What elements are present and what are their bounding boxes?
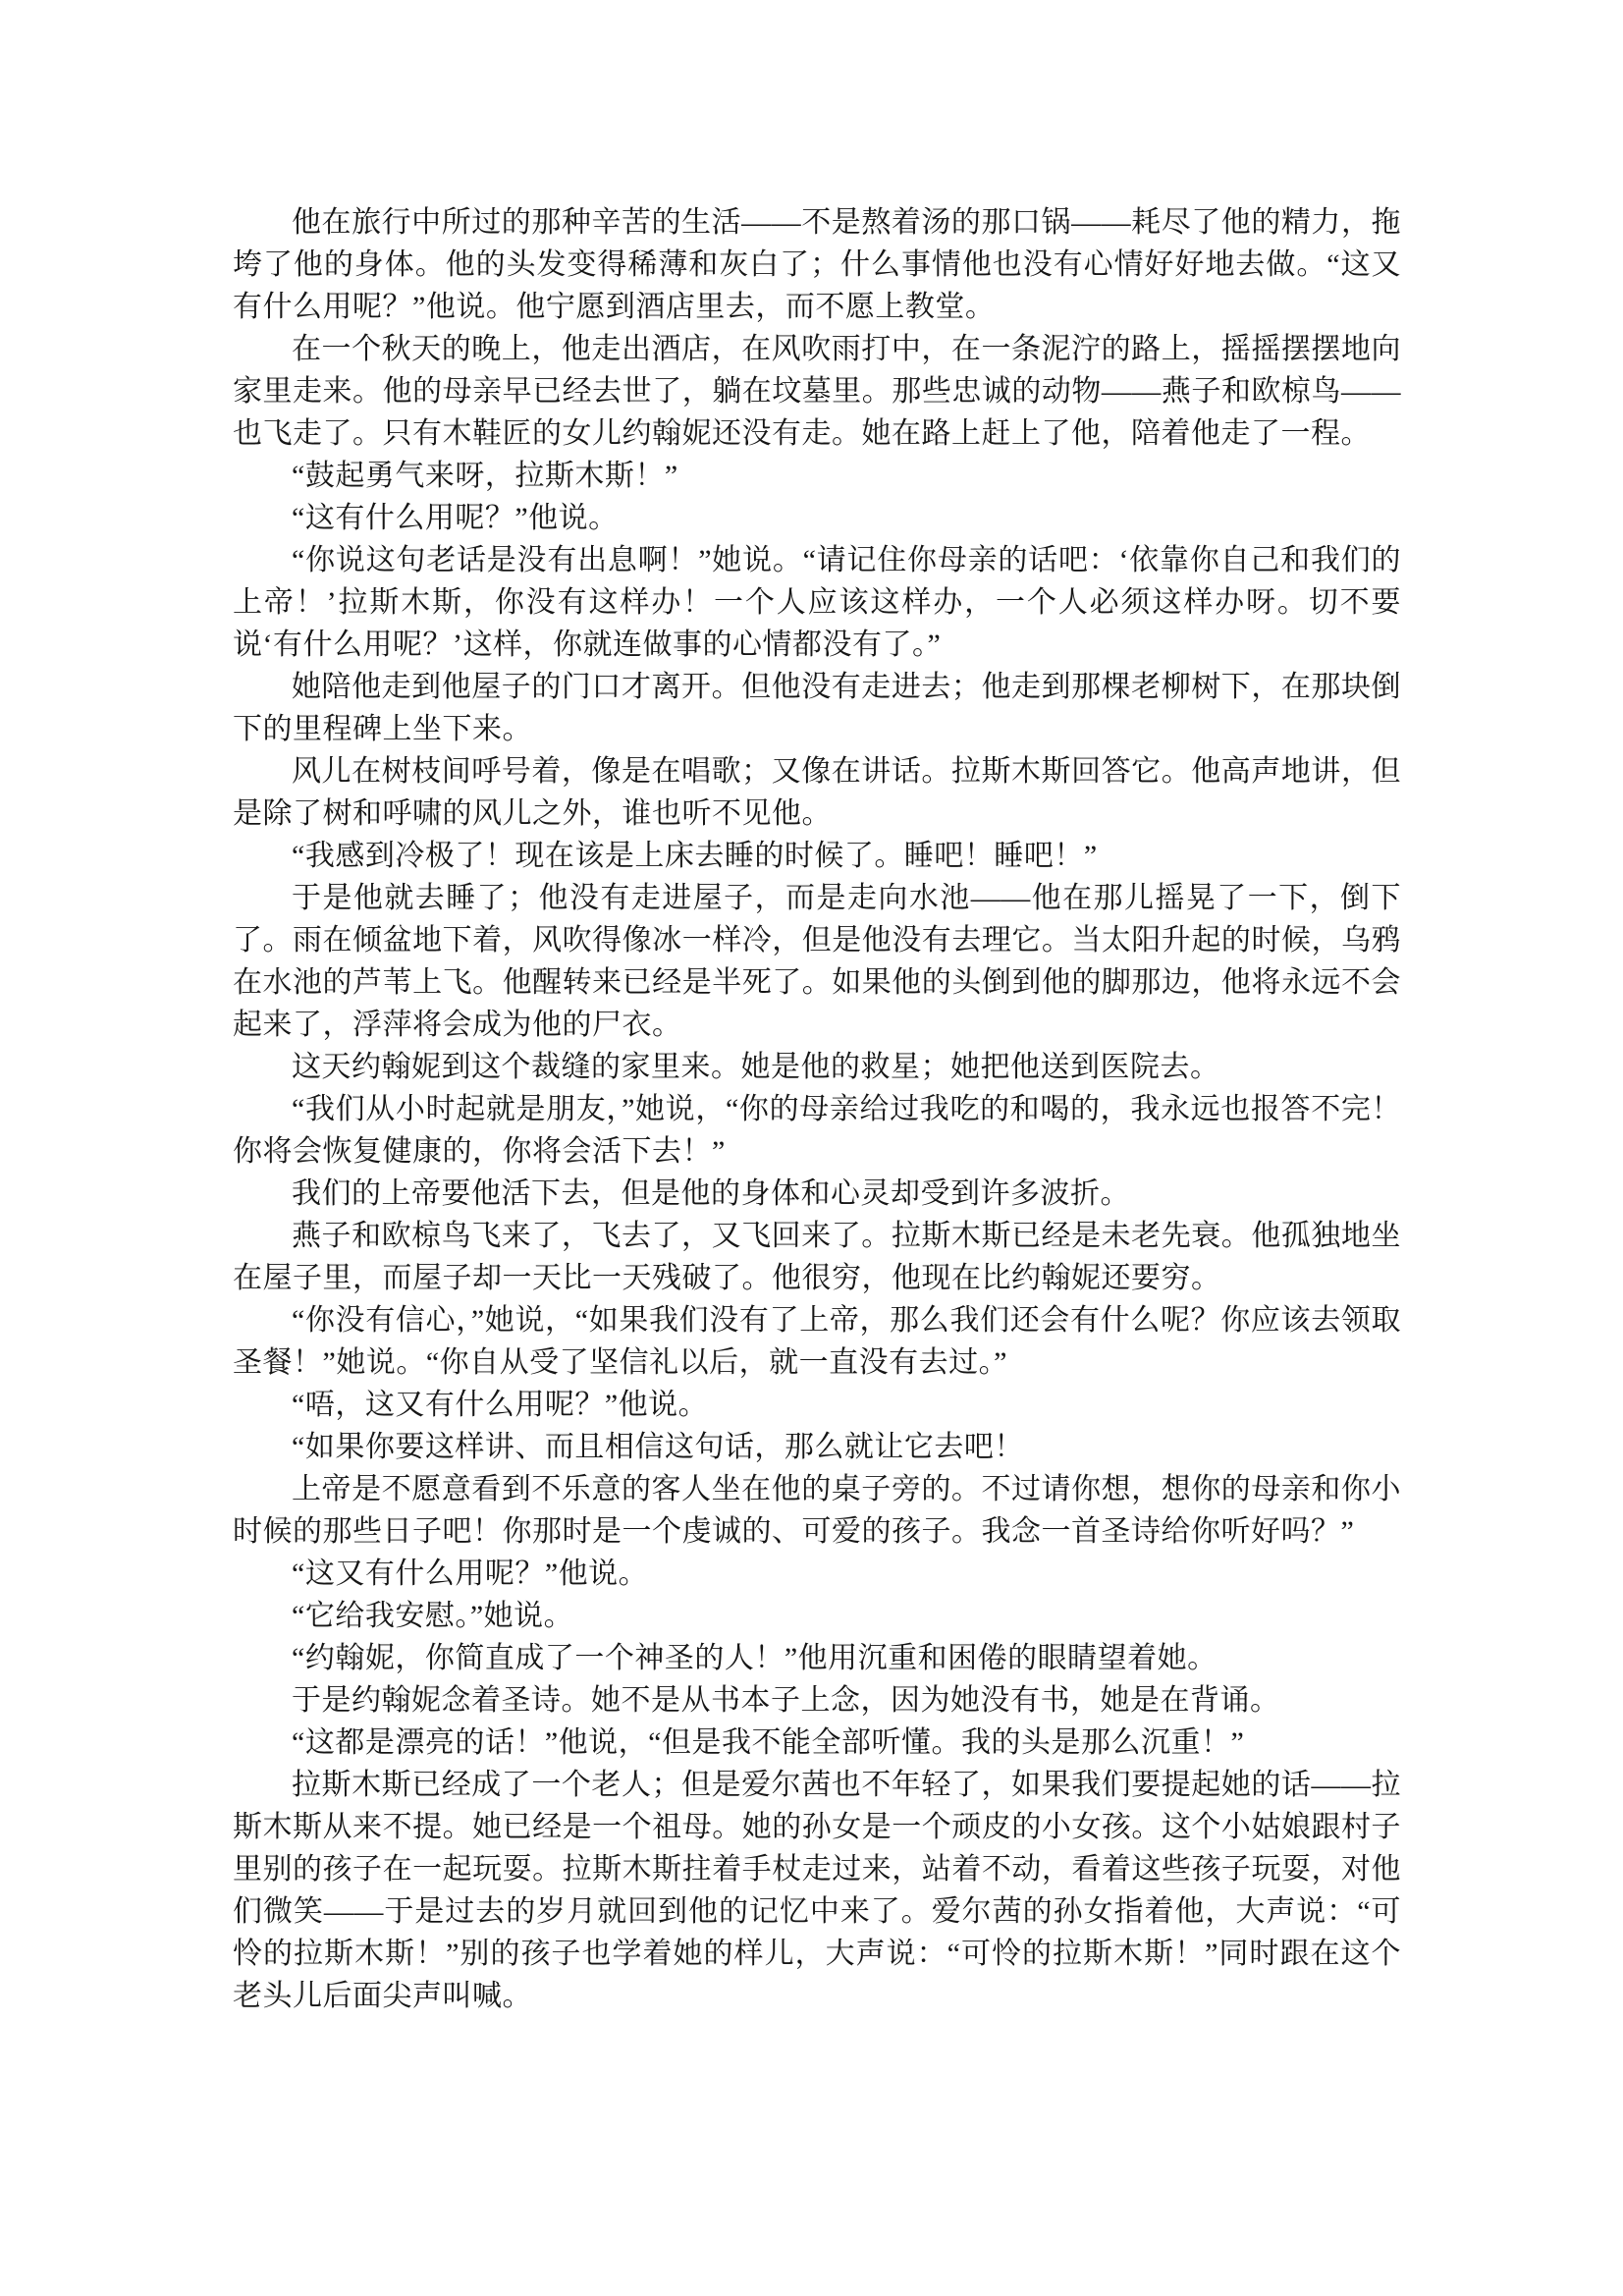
paragraph: “它给我安慰。”她说。 bbox=[233, 1595, 1401, 1637]
paragraph: “你说这句老话是没有出息啊！”她说。“请记住你母亲的话吧：‘依靠你自己和我们的上… bbox=[233, 539, 1401, 666]
paragraph: 于是约翰妮念着圣诗。她不是从书本子上念，因为她没有书，她是在背诵。 bbox=[233, 1679, 1401, 1722]
paragraph: “这有什么用呢？”他说。 bbox=[233, 497, 1401, 539]
paragraph: 拉斯木斯已经成了一个老人；但是爱尔茜也不年轻了，如果我们要提起她的话——拉斯木斯… bbox=[233, 1764, 1401, 2017]
paragraph: “我感到冷极了！现在该是上床去睡的时候了。睡吧！睡吧！” bbox=[233, 835, 1401, 877]
paragraph: “你没有信心，”她说，“如果我们没有了上帝，那么我们还会有什么呢？你应该去领取圣… bbox=[233, 1299, 1401, 1384]
paragraph: 于是他就去睡了；他没有走进屋子，而是走向水池——他在那儿摇晃了一下，倒下了。雨在… bbox=[233, 877, 1401, 1046]
paragraph: “我们从小时起就是朋友，”她说，“你的母亲给过我吃的和喝的，我永远也报答不完！你… bbox=[233, 1088, 1401, 1173]
paragraph: 在一个秋天的晚上，他走出酒店，在风吹雨打中，在一条泥泞的路上，摇摇摆摆地向家里走… bbox=[233, 328, 1401, 455]
paragraph: “唔，这又有什么用呢？”他说。 bbox=[233, 1384, 1401, 1426]
paragraph: 这天约翰妮到这个裁缝的家里来。她是他的救星；她把他送到医院去。 bbox=[233, 1046, 1401, 1088]
text-block: 他在旅行中所过的那种辛苦的生活——不是熬着汤的那口锅——耗尽了他的精力，拖垮了他… bbox=[233, 201, 1401, 2017]
document-page: 他在旅行中所过的那种辛苦的生活——不是熬着汤的那口锅——耗尽了他的精力，拖垮了他… bbox=[0, 0, 1623, 2296]
paragraph: 她陪他走到他屋子的门口才离开。但他没有走进去；他走到那棵老柳树下，在那块倒下的里… bbox=[233, 666, 1401, 750]
paragraph: “约翰妮，你简直成了一个神圣的人！”他用沉重和困倦的眼睛望着她。 bbox=[233, 1637, 1401, 1679]
paragraph: “鼓起勇气来呀，拉斯木斯！” bbox=[233, 455, 1401, 497]
paragraph: 他在旅行中所过的那种辛苦的生活——不是熬着汤的那口锅——耗尽了他的精力，拖垮了他… bbox=[233, 201, 1401, 328]
paragraph: 我们的上帝要他活下去，但是他的身体和心灵却受到许多波折。 bbox=[233, 1173, 1401, 1215]
paragraph: “如果你要这样讲、而且相信这句话，那么就让它去吧！ bbox=[233, 1426, 1401, 1468]
paragraph: 燕子和欧椋鸟飞来了，飞去了，又飞回来了。拉斯木斯已经是未老先衰。他孤独地坐在屋子… bbox=[233, 1215, 1401, 1299]
paragraph: “这又有什么用呢？”他说。 bbox=[233, 1553, 1401, 1595]
paragraph: “这都是漂亮的话！”他说，“但是我不能全部听懂。我的头是那么沉重！” bbox=[233, 1722, 1401, 1764]
paragraph: 风儿在树枝间呼号着，像是在唱歌；又像在讲话。拉斯木斯回答它。他高声地讲，但是除了… bbox=[233, 750, 1401, 835]
paragraph: 上帝是不愿意看到不乐意的客人坐在他的桌子旁的。不过请你想，想你的母亲和你小时候的… bbox=[233, 1468, 1401, 1553]
